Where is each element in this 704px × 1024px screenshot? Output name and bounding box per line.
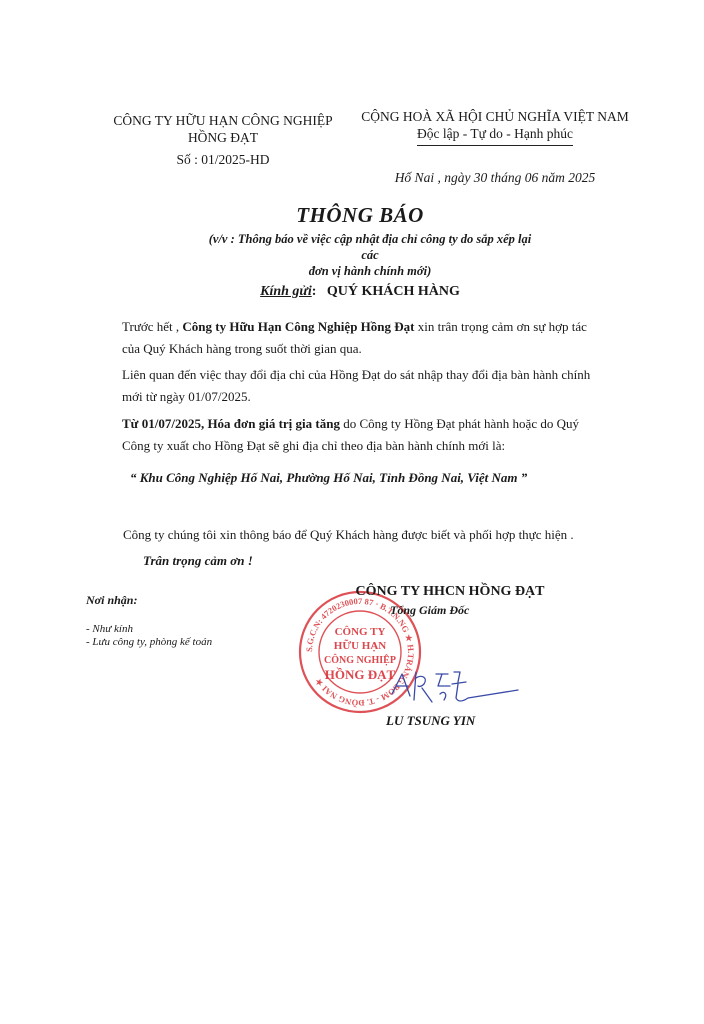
signatory-name: LU TSUNG YIN — [386, 713, 475, 729]
p1-line2: của Quý Khách hàng trong suốt thời gian … — [122, 338, 612, 360]
greeting: Kính gửi: QUÝ KHÁCH HÀNG — [190, 284, 530, 300]
seal-line: HỮU HẠN — [334, 639, 387, 652]
closing-statement: Công ty chúng tôi xin thông báo để Quý K… — [123, 527, 574, 543]
national-motto: Độc lập - Tự do - Hạnh phúc — [417, 125, 573, 146]
paragraph-invoice: Từ 01/07/2025, Hóa đơn giá trị gia tăng … — [122, 413, 612, 457]
p3-bold: Từ 01/07/2025, Hóa đơn giá trị gia tăng — [122, 416, 340, 431]
subject-line2: đơn vị hành chính mới) — [200, 263, 540, 279]
p2-line2: mới từ ngày 01/07/2025. — [122, 386, 612, 408]
national-header: CỘNG HOÀ XÃ HỘI CHỦ NGHĨA VIỆT NAM Độc l… — [360, 108, 630, 146]
p2-line1: Liên quan đến việc thay đổi địa chỉ của … — [122, 364, 612, 386]
recipient-item: - Như kính — [86, 623, 212, 636]
recipients-list: - Như kính - Lưu công ty, phòng kế toán — [86, 623, 212, 649]
document-number: Số : 01/2025-HD — [100, 152, 346, 168]
place-date: Hố Nai , ngày 30 tháng 06 năm 2025 — [370, 170, 620, 186]
nation-name: CỘNG HOÀ XÃ HỘI CHỦ NGHĨA VIỆT NAM — [360, 108, 630, 125]
signatory-role: Tổng Giám Đốc — [390, 603, 469, 618]
p3-line2: Công ty xuất cho Hồng Đạt sẽ ghi địa chỉ… — [122, 435, 612, 457]
issuer-company: CÔNG TY HỮU HẠN CÔNG NGHIỆP HỒNG ĐẠT — [100, 112, 346, 146]
issuer-company-line2: HỒNG ĐẠT — [100, 129, 346, 146]
handwritten-signature — [388, 664, 528, 708]
document-subject: (v/v : Thông báo về việc cập nhật địa ch… — [200, 231, 540, 279]
greeting-recipient: QUÝ KHÁCH HÀNG — [327, 284, 460, 299]
greeting-label: Kính gửi — [260, 284, 312, 299]
signatory-company: CÔNG TY HHCN HỒNG ĐẠT — [340, 584, 560, 600]
greeting-colon: : — [312, 284, 317, 299]
subject-line1: (v/v : Thông báo về việc cập nhật địa ch… — [200, 231, 540, 263]
paragraph-thanks: Trước hết , Công ty Hữu Hạn Công Nghiệp … — [122, 316, 612, 360]
issuer-company-line1: CÔNG TY HỮU HẠN CÔNG NGHIỆP — [100, 112, 346, 129]
p3-suffix: do Công ty Hồng Đạt phát hành hoặc do Qu… — [340, 416, 579, 431]
recipients-title: Nơi nhận: — [86, 593, 137, 608]
seal-line: HỒNG ĐẠT — [325, 667, 396, 682]
seal-line: CÔNG NGHIỆP — [324, 653, 396, 666]
new-address: “ Khu Công Nghiệp Hố Nai, Phường Hố Nai,… — [130, 470, 527, 486]
paragraph-address-change: Liên quan đến việc thay đổi địa chỉ của … — [122, 364, 612, 408]
p1-company: Công ty Hữu Hạn Công Nghiệp Hồng Đạt — [182, 319, 414, 334]
seal-line: CÔNG TY — [335, 625, 386, 638]
document-title: THÔNG BÁO — [160, 203, 560, 228]
p1-suffix: xin trân trọng cảm ơn sự hợp tác — [414, 319, 586, 334]
closing-thanks: Trân trọng cảm ơn ! — [143, 553, 253, 569]
p1-prefix: Trước hết , — [122, 319, 182, 334]
recipient-item: - Lưu công ty, phòng kế toán — [86, 636, 212, 649]
